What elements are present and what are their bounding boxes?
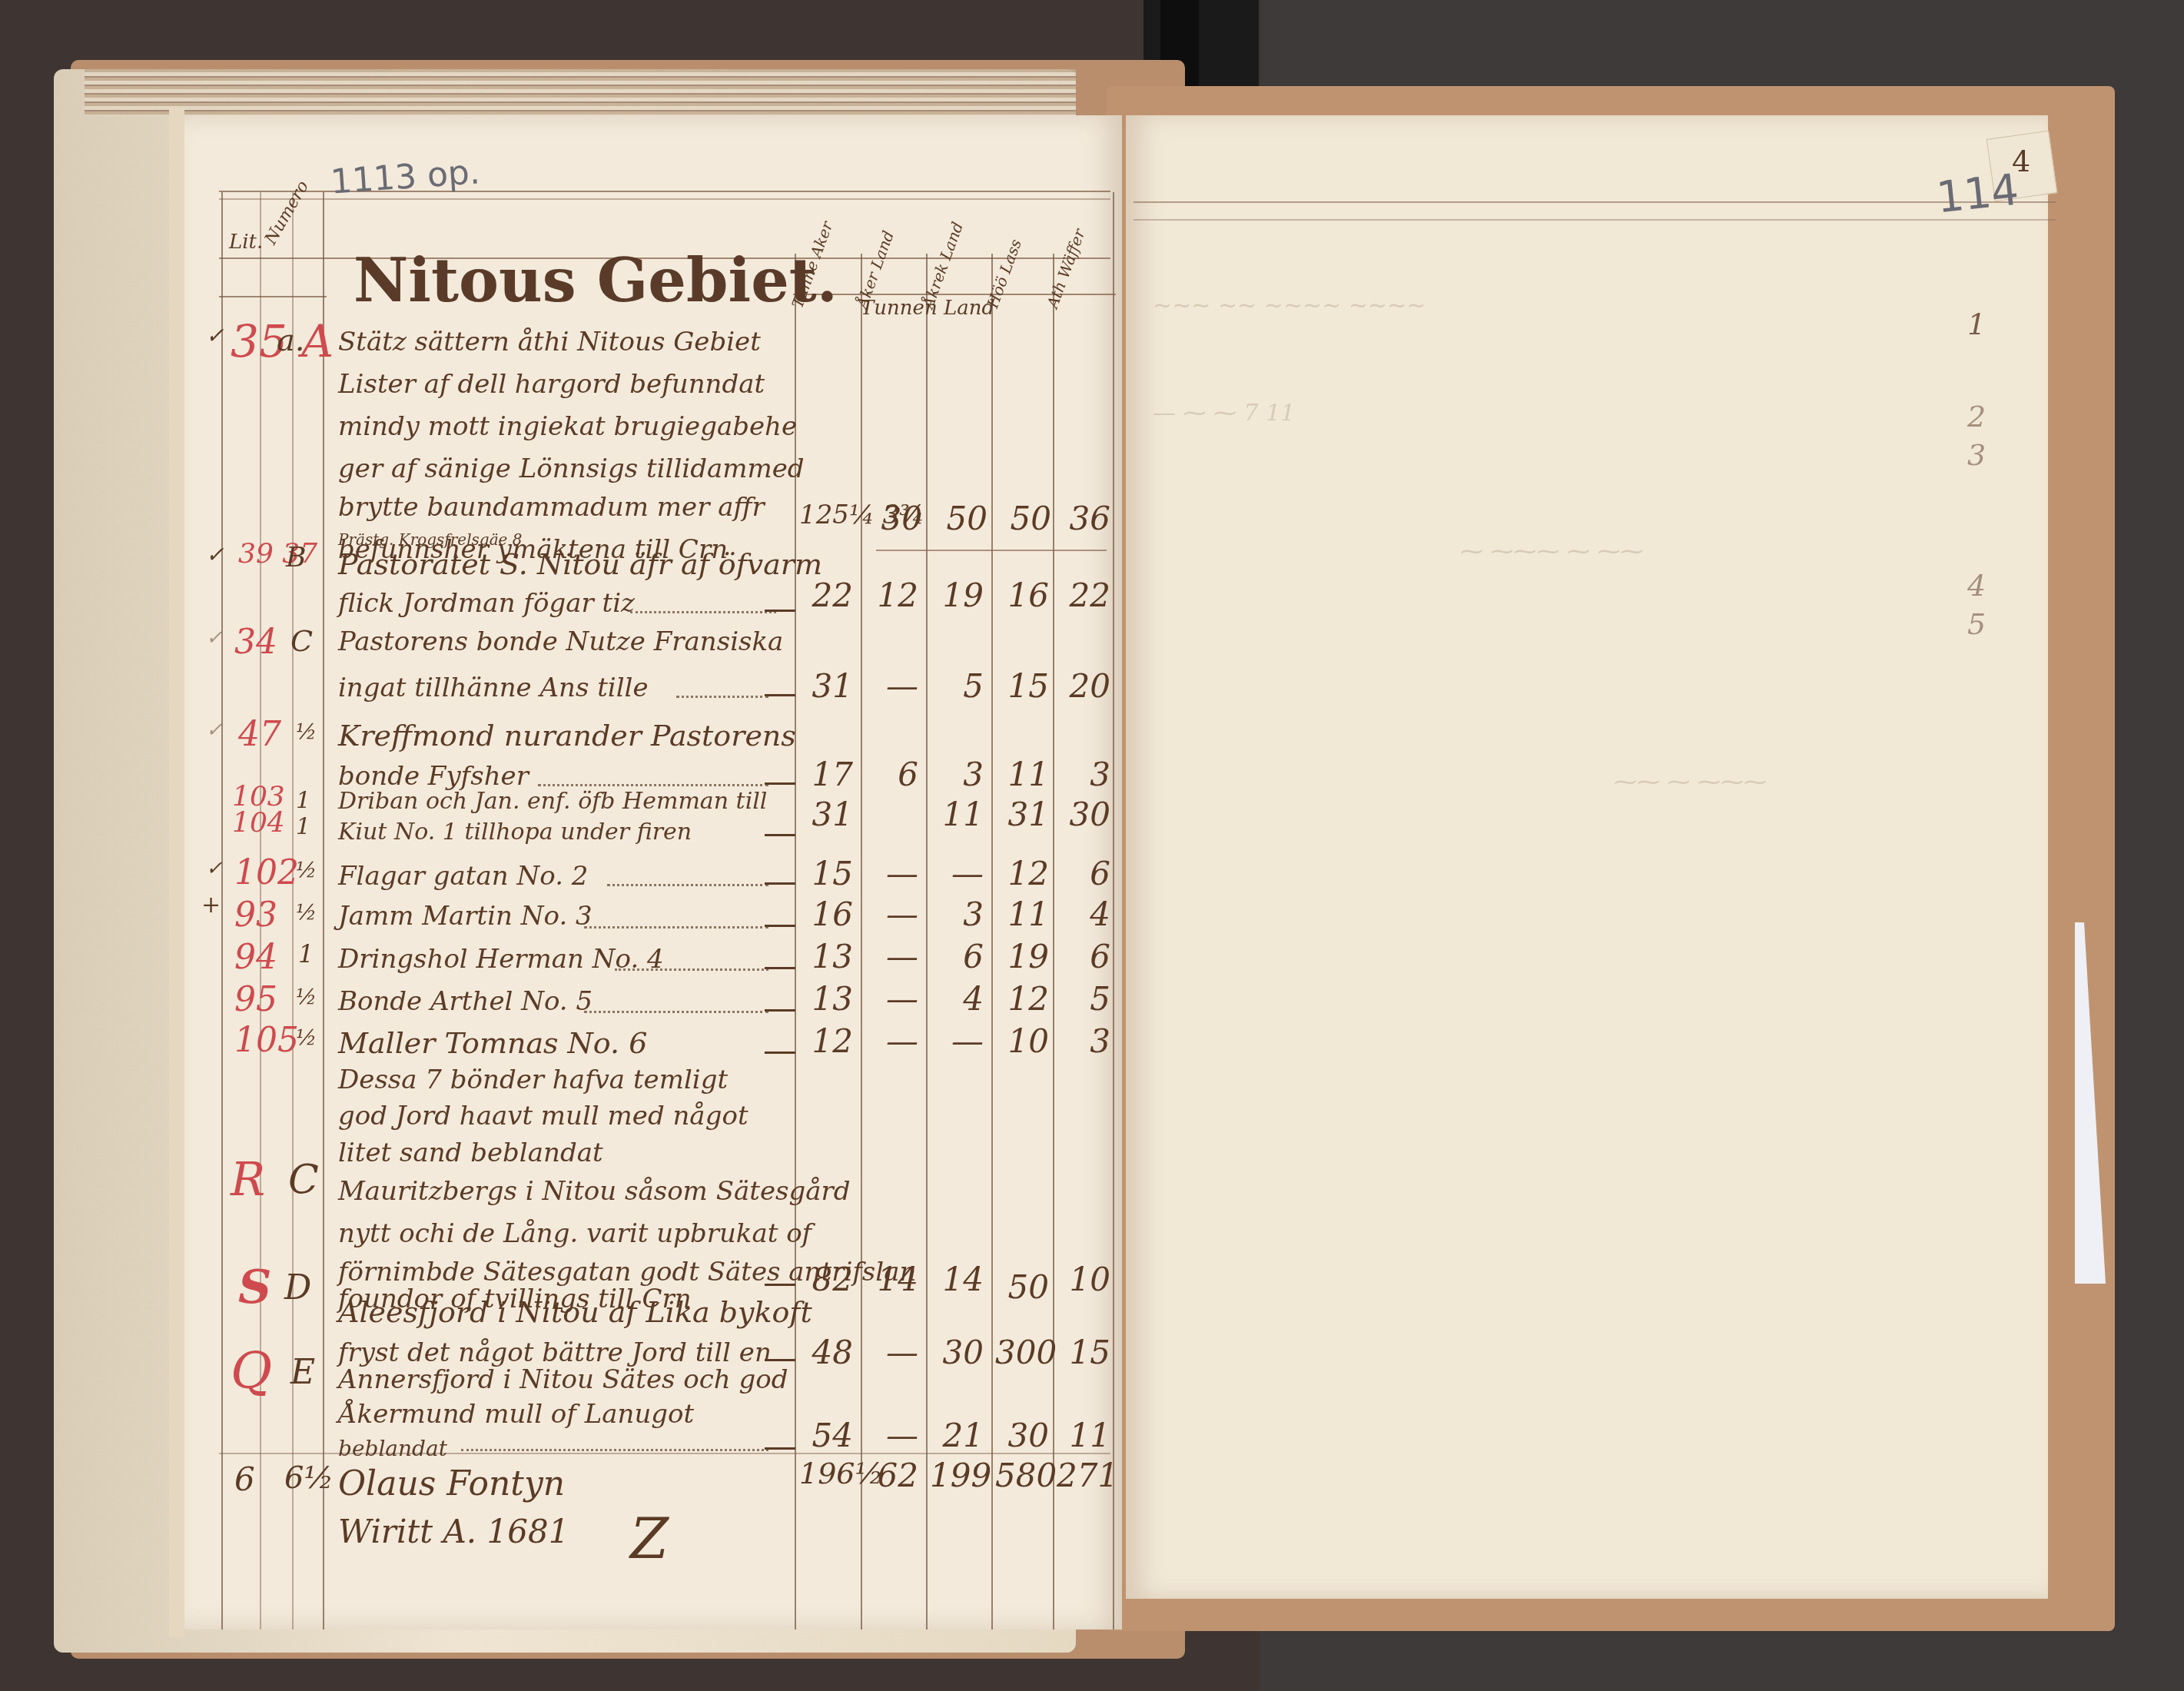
entry-value: 31 [799, 796, 853, 833]
subtotal-rule [876, 550, 1107, 551]
entry-check: ✓ [206, 323, 224, 348]
entry-letter: ½ [296, 899, 317, 925]
entry-value: 36 [1057, 500, 1110, 537]
entry-value: — [865, 1334, 918, 1371]
ruling-col-6 [1113, 192, 1114, 1630]
entry-letter: 1 1 [296, 788, 311, 840]
entry-value: 11 [995, 895, 1049, 933]
entry-line: Lister af dell hargord befunndat [338, 369, 765, 400]
ruling-col-3 [926, 254, 928, 1630]
signature-date: Wiritt A. 1681 [338, 1513, 569, 1550]
entry-value: 48 [799, 1334, 853, 1371]
entry-value: 12 [799, 1022, 853, 1060]
entry-value: 50 [934, 500, 987, 537]
entry-value: 10 [1057, 1261, 1110, 1298]
entry-line: Bonde Arthel No. 5 [338, 986, 592, 1017]
entry-value: 19 [930, 576, 984, 614]
leader-dash [765, 925, 795, 927]
entry-value: 30 [995, 1417, 1049, 1454]
entry-value: 11 [930, 796, 984, 833]
leader-dots [607, 884, 768, 886]
entry-value: 5 [1057, 980, 1110, 1018]
margin-header-lit: Lit. [229, 231, 263, 254]
margin-mark-right: 3 [1967, 438, 1986, 472]
entry-line: Annersfjord i Nitou Sätes och god [338, 1364, 788, 1395]
entry-value: — [930, 855, 984, 892]
leader-dots [584, 926, 768, 929]
entry-check: ✓ [206, 626, 223, 649]
entry-letter: 1 [298, 939, 314, 968]
entry-red-mark: 93 [234, 895, 277, 935]
total-margin-2: 6½ [284, 1460, 334, 1496]
ruling-col-5 [1053, 254, 1054, 1630]
leader-dots [538, 784, 768, 786]
entry-letter: B [286, 542, 306, 573]
entry-line: ger af sänige Lönnsigs tillidammed [338, 453, 805, 484]
entry-value: 10 [995, 1022, 1049, 1060]
leader-dots [461, 1449, 768, 1451]
entry-letter: C [288, 1157, 319, 1203]
pencil-folio-right: 114 [1934, 165, 2021, 224]
entry-line: Dessa 7 bönder hafva temligt [338, 1065, 728, 1095]
leader-dots [584, 1011, 768, 1013]
entry-red-mark: 102 [234, 853, 299, 892]
leader-dash [765, 834, 795, 836]
entry-line: beblandat [338, 1436, 447, 1461]
margin-mark-right: 4 [1967, 569, 1986, 603]
entry-check: + [201, 892, 221, 919]
signature-name: Olaus Fontyn [338, 1464, 565, 1503]
entry-line: Stätz sättern åthi Nitous Gebiet [338, 327, 761, 357]
entry-letter: ½ [296, 984, 317, 1009]
entry-value: 14 [930, 1261, 984, 1298]
entry-line: bonde Fyfsher [338, 761, 529, 792]
leader-dash [765, 1359, 795, 1361]
total-value: 271 [1057, 1457, 1110, 1494]
entry-value: 22 [1057, 576, 1110, 614]
entry-value: 21 [930, 1417, 984, 1454]
entry-value: 3 [930, 756, 984, 793]
entry-value: 15 [799, 855, 853, 892]
entry-line: nytt ochi de Lång. varit upbrukat of [338, 1218, 812, 1249]
entry-line: god Jord haavt mull med något [338, 1101, 748, 1131]
entry-value: 22 [799, 576, 853, 614]
entry-letter: D [284, 1268, 311, 1307]
entry-value: 17 [799, 756, 853, 793]
entry-value: 30 [930, 1334, 984, 1371]
entry-annotation: Prästg. Krogsfrelsgäe 8 [338, 530, 522, 549]
entry-value: — [865, 1417, 918, 1454]
ruling-top-right [1133, 201, 2056, 203]
ruling-margin-3 [292, 192, 294, 1630]
entry-value: — [865, 895, 918, 933]
right-page [1126, 115, 2048, 1599]
entry-value: — [865, 855, 918, 892]
column-group-label: Tunnen Land [861, 297, 994, 320]
entry-value: 50 [997, 500, 1051, 537]
signature-flourish: Z [630, 1507, 669, 1571]
entry-line: Kreffmond nurander Pastorens [338, 719, 796, 752]
margin-mark-right: 2 [1967, 400, 1986, 434]
leader-dash [765, 1051, 795, 1054]
entry-line: Aleesfjord i Nitou af Lika bykoft [338, 1295, 812, 1329]
entry-line: Kiut No. 1 tillhopa under firen [338, 819, 692, 845]
entry-value: 15 [995, 667, 1049, 705]
entry-value: — [930, 1022, 984, 1060]
entry-line: Driban och Jan. enf. öfb Hemman till [338, 788, 767, 815]
entry-red-mark: 34 [234, 623, 277, 662]
entry-check: ✓ [206, 857, 223, 880]
entry-value: 12 [995, 855, 1049, 892]
entry-value: 11 [995, 756, 1049, 793]
entry-value: 13 [799, 980, 853, 1018]
entry-value: 3 [930, 895, 984, 933]
entry-value: 6 [1057, 938, 1110, 975]
entry-letter: ½ [296, 1025, 317, 1050]
entry-value: 6 [930, 938, 984, 975]
entry-red-mark: R [231, 1153, 265, 1207]
ruling-margin-4 [323, 192, 324, 1630]
entry-line: Flagar gatan No. 2 [338, 861, 588, 892]
total-value: 580 [995, 1457, 1049, 1494]
page-title: Nitous Gebiet. [353, 246, 838, 316]
entry-value: 15 [1057, 1334, 1110, 1371]
entry-red-mark: 47 [238, 715, 281, 754]
entry-value: 3 [1057, 756, 1110, 793]
entry-value: — [865, 1022, 918, 1060]
entry-value: 6 [865, 756, 918, 793]
margin-mark-right: 1 [1967, 307, 1986, 341]
entry-value: 14 [865, 1261, 918, 1298]
entry-letter: C [290, 624, 313, 658]
total-value: 199 [930, 1457, 984, 1494]
entry-value: 125¼ 3¾ [799, 500, 868, 530]
entry-value: 16 [799, 895, 853, 933]
leader-dash [765, 694, 795, 696]
entry-value: 20 [1057, 667, 1110, 705]
entry-value: 13 [799, 938, 853, 975]
entry-letter: a. [277, 323, 305, 358]
leader-dash [765, 782, 795, 785]
entry-red-mark: 105 [234, 1021, 299, 1060]
entry-value: 4 [1057, 895, 1110, 933]
entry-value: 5 [930, 667, 984, 705]
entry-value: — [865, 667, 918, 705]
total-margin-1: 6 [234, 1460, 255, 1498]
entry-line: Pastoratet S. Nitou äfr af öfvarm [338, 547, 822, 581]
ruling-margin-head [219, 296, 327, 297]
ruling-col-2 [861, 254, 862, 1630]
leader-dash [765, 967, 795, 969]
margin-mark-right: 5 [1967, 607, 1986, 641]
total-value: 196½ [799, 1457, 861, 1490]
entry-line: Maller Tomnas No. 6 [338, 1026, 647, 1060]
entry-value: 54 [799, 1417, 853, 1454]
entry-line: brytte baundammadum mer affr [338, 492, 765, 523]
entry-value: 11 [1057, 1417, 1110, 1454]
entry-letter: ½ [296, 857, 317, 882]
entry-value: 31 [799, 667, 853, 705]
ruling-colhead [793, 294, 1116, 295]
ruling-col-4 [991, 254, 993, 1630]
leader-dots [676, 696, 768, 698]
entry-letter: E [290, 1353, 315, 1392]
entry-line: flick Jordman fögar tiz [338, 588, 635, 619]
leader-dash [765, 1447, 795, 1450]
entry-line: Åkermund mull of Lanugot [338, 1399, 694, 1430]
entry-check: ✓ [206, 542, 224, 567]
entry-value: 31 [995, 796, 1049, 833]
total-value: 62 [865, 1457, 918, 1494]
leader-dash [765, 882, 795, 885]
ruling-margin-1 [221, 192, 223, 1630]
entry-red-mark: Q [231, 1341, 272, 1400]
page-stack-top-edges [85, 69, 1076, 115]
entry-line: Pastorens bonde Nutze Fransiska [338, 626, 783, 657]
entry-red-mark: 95 [234, 980, 277, 1019]
leader-dots [630, 611, 776, 613]
entry-value: 12 [865, 576, 918, 614]
entry-red-mark: S [238, 1261, 271, 1314]
leader-dash [765, 610, 795, 612]
entry-letter: ½ [296, 719, 317, 744]
entry-line: Mauritzbergs i Nitou såsom Sätesgård [338, 1176, 851, 1207]
entry-value: 19 [995, 938, 1049, 975]
entry-value: 16 [995, 576, 1049, 614]
entry-check: ✓ [206, 719, 223, 742]
entry-value: 82 [799, 1261, 853, 1298]
entry-line: ingat tillhänne Ans tille [338, 673, 649, 703]
entry-value: 3 [1057, 1022, 1110, 1060]
entry-value: 4 [930, 980, 984, 1018]
entry-line: mindy mott ingiekat brugiegabehe [338, 411, 797, 442]
entry-red-mark: 94 [234, 938, 277, 977]
entry-value: — [865, 980, 918, 1018]
entry-value: 12 [995, 980, 1049, 1018]
leader-dots [615, 968, 768, 971]
page-edge-left [169, 108, 184, 1637]
entry-value: 6 [1057, 855, 1110, 892]
entry-line: litet sand beblandat [338, 1138, 603, 1168]
entry-red-mark: 103 104 [232, 784, 278, 836]
entry-value: 50 [995, 1268, 1049, 1306]
entry-line: Jamm Martin No. 3 [338, 901, 592, 932]
entry-value: 30 [868, 500, 922, 537]
entry-value: 300 [995, 1334, 1049, 1371]
leader-dash [765, 1009, 795, 1012]
entry-value: 30 [1057, 796, 1110, 833]
leader-dash [765, 1284, 795, 1286]
entry-line: fryst det något bättre Jord till en [338, 1337, 772, 1368]
entry-value: — [865, 938, 918, 975]
